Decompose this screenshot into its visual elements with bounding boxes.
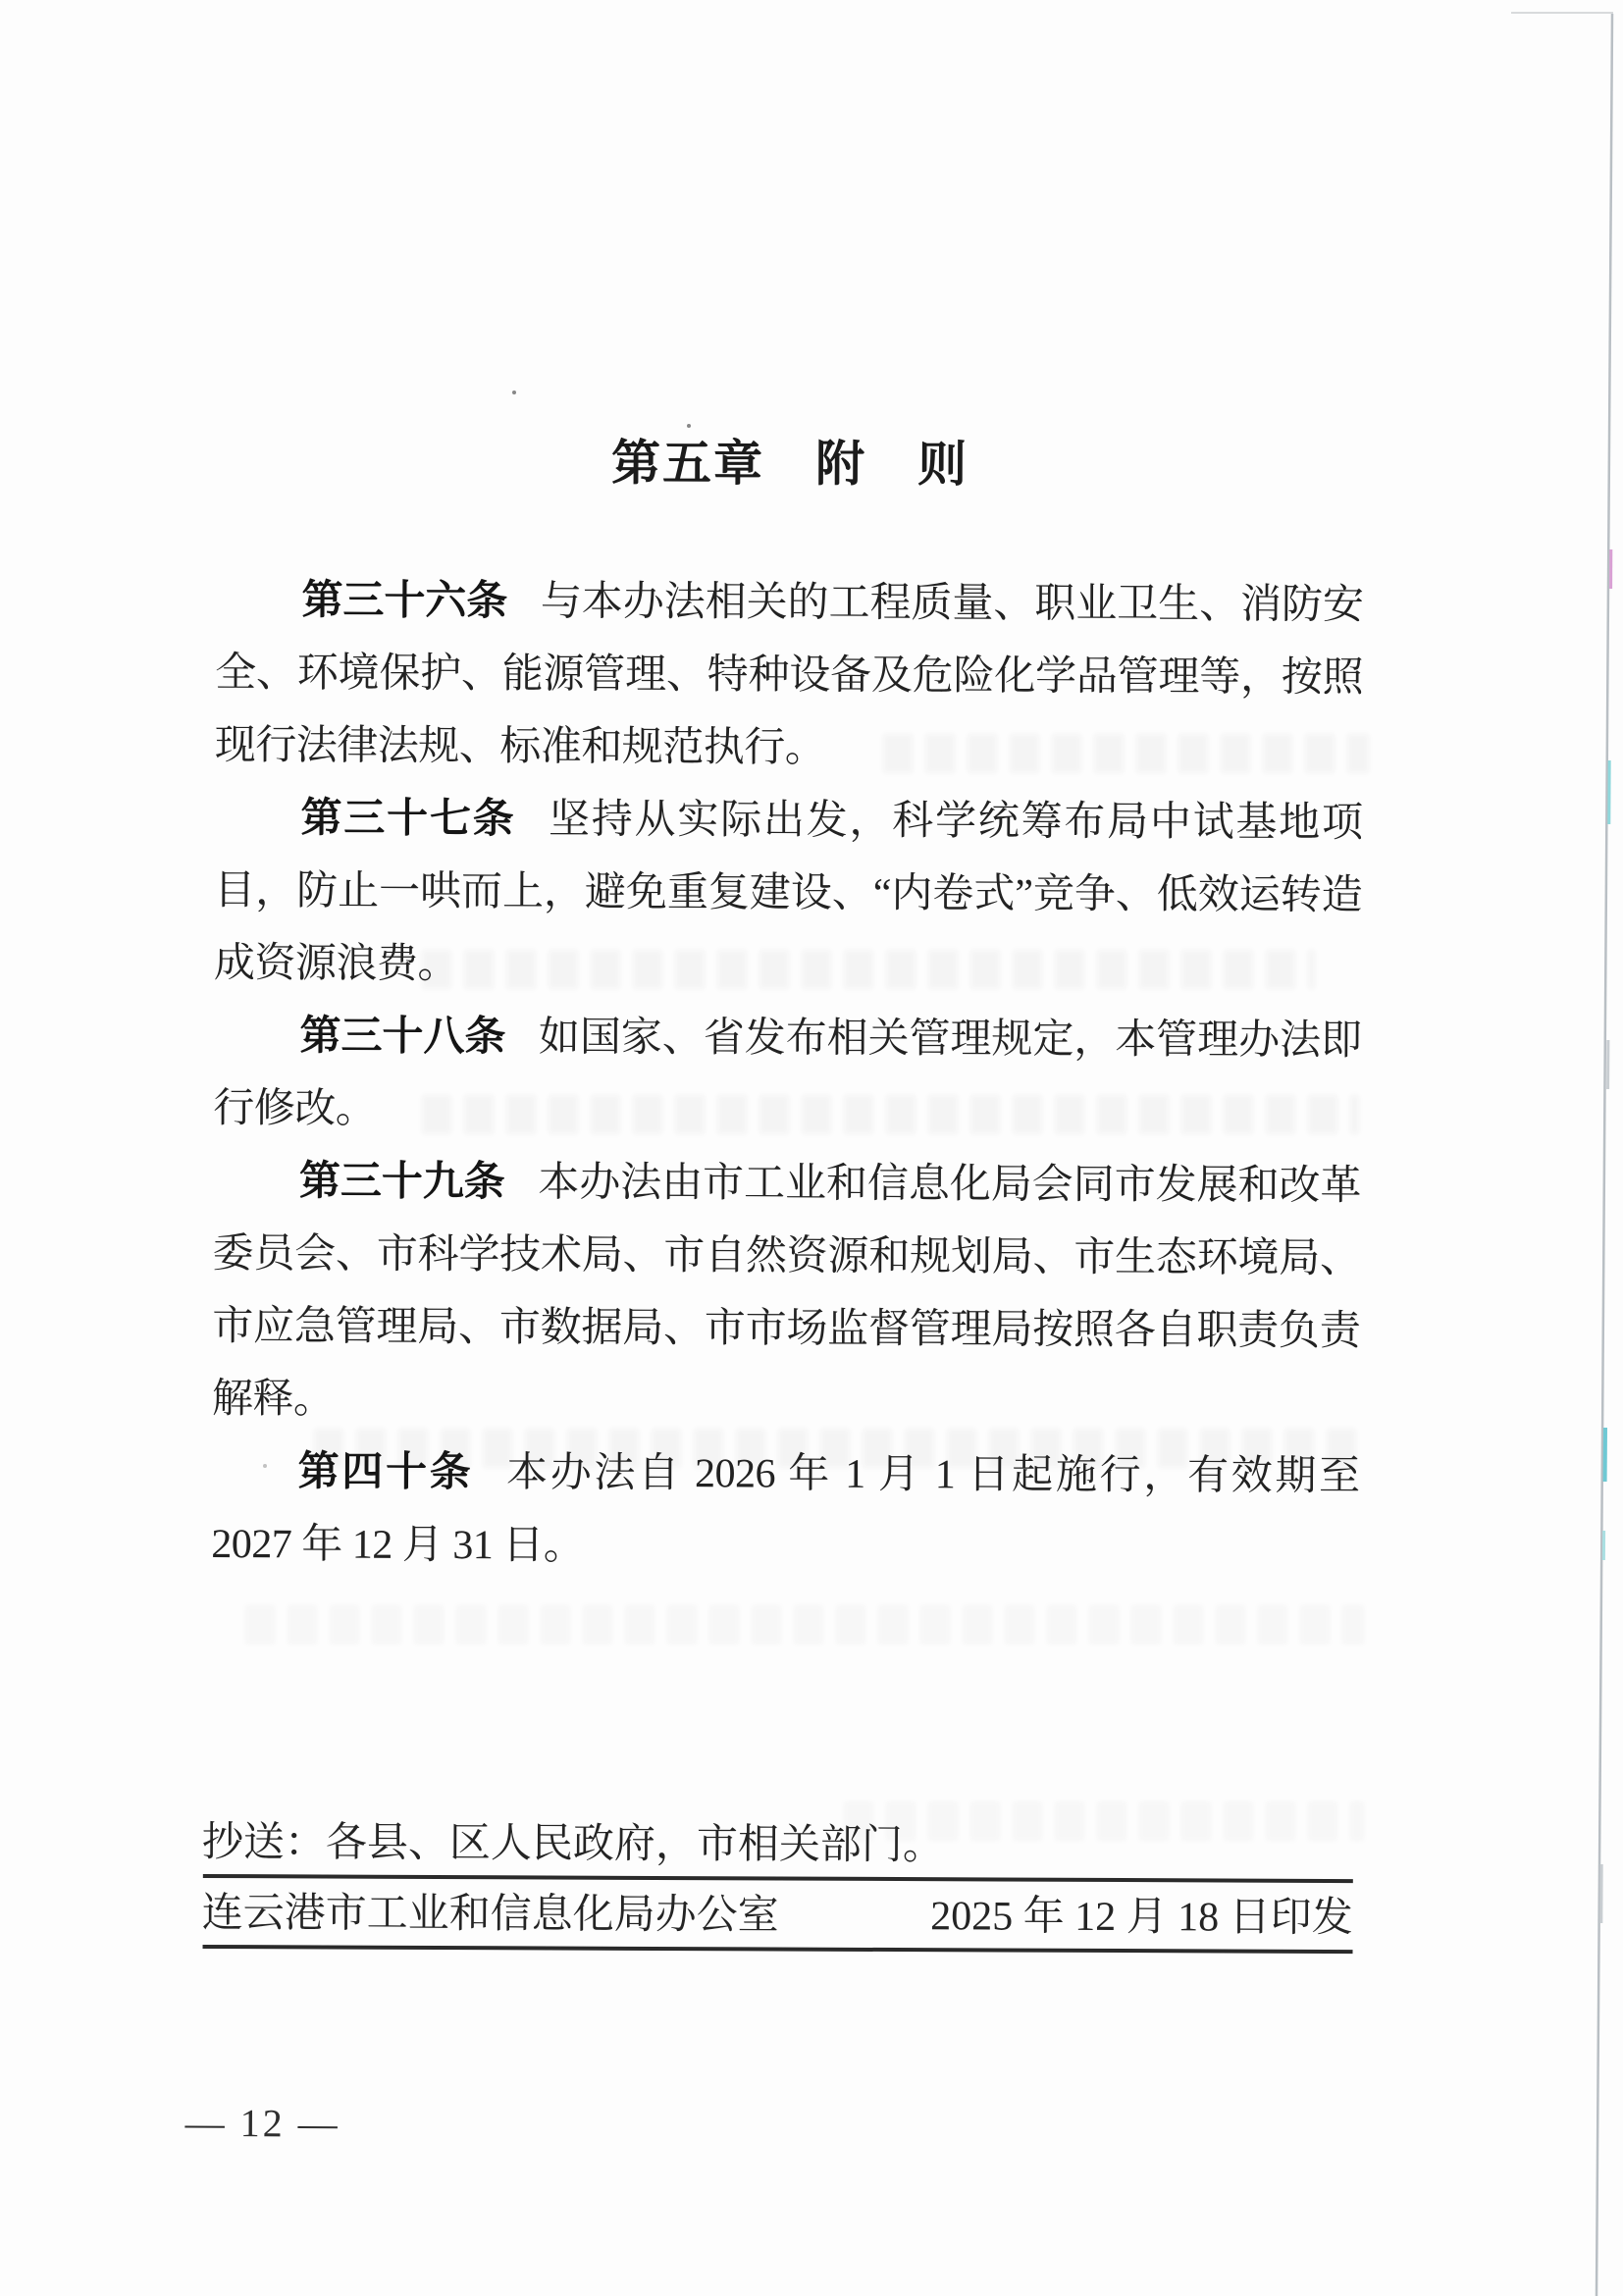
page-number: — 12 — <box>185 2100 340 2147</box>
scanned-content: 第五章 附 则 第三十六条与本办法相关的工程质量、职业卫生、消防安全、环境保护、… <box>0 0 1623 2296</box>
article-37-number: 第三十七条 <box>300 796 515 842</box>
footer-divider-bottom <box>203 1945 1353 1954</box>
article-38-number: 第三十八条 <box>299 1014 505 1060</box>
scan-speck <box>512 391 516 394</box>
bleed-through-artifact <box>422 950 1315 989</box>
bleed-through-artifact <box>314 1429 1364 1468</box>
scan-speck <box>263 1464 267 1468</box>
bleed-through-artifact <box>883 734 1369 773</box>
chapter-title: 第五章 附 则 <box>216 422 1364 497</box>
bleed-through-artifact <box>422 1095 1359 1134</box>
print-date: 2025 年 12 月 18 日印发 <box>930 1893 1353 1942</box>
article-39-number: 第三十九条 <box>299 1159 505 1205</box>
article-36-number: 第三十六条 <box>301 578 507 624</box>
issuing-office: 连云港市工业和信息化局办公室 <box>202 1890 779 1940</box>
footer-divider-top <box>203 1874 1353 1883</box>
scan-speck <box>687 424 691 428</box>
article-39-paragraph: 第三十九条本办法由市工业和信息化局会同市发展和改革委员会、市科学技术局、市自然资… <box>212 1145 1361 1440</box>
bleed-through-artifact <box>844 1801 1364 1841</box>
document-page: 第五章 附 则 第三十六条与本办法相关的工程质量、职业卫生、消防安全、环境保护、… <box>0 0 1623 2296</box>
bleed-through-artifact <box>245 1605 1364 1644</box>
footer-colophon-row: 连云港市工业和信息化局办公室 2025 年 12 月 18 日印发 <box>202 1890 1353 1942</box>
